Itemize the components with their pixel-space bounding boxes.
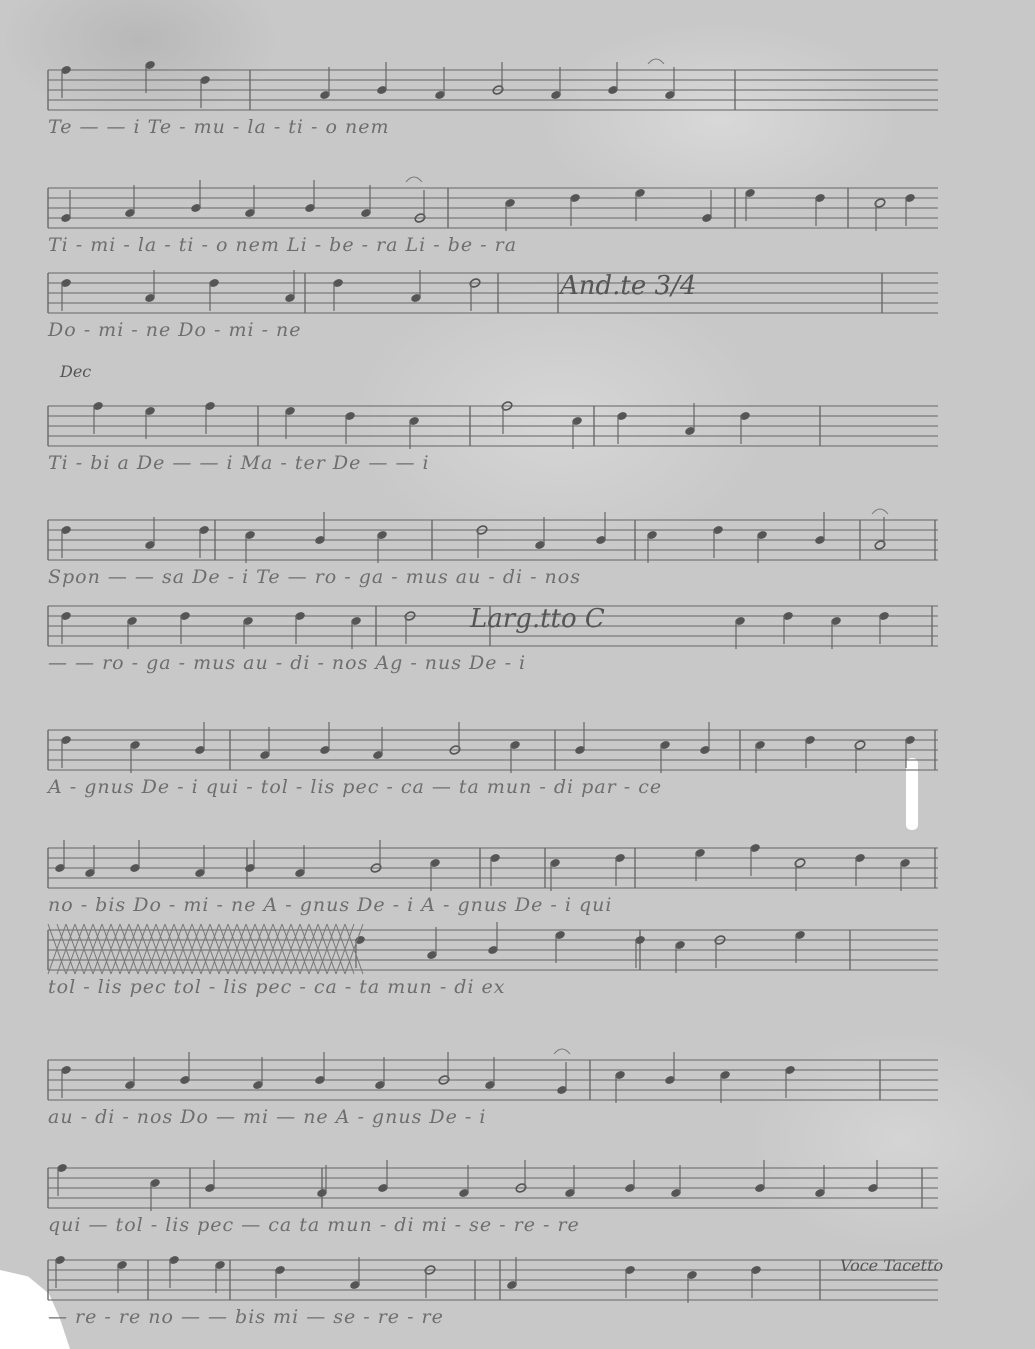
crossed-out-passage [93,924,111,974]
lyric-line: Ti - bi a De — — i Ma - ter De — — i [48,452,430,474]
lyric-line: Do - mi - ne Do - mi - ne [48,319,302,341]
tempo-marking: Voce Tacetto [840,1256,943,1275]
crossed-out-passage [57,924,75,974]
crossed-out-passage [183,924,201,974]
staff-system: A - gnus De - i qui - tol - lis pec - ca… [0,722,1035,802]
staff-system: Ti - mi - la - ti - o nem Li - be - ra L… [0,180,1035,260]
staff-system: Te — — i Te - mu - la - ti - o nem [0,62,1035,142]
fermata-icon [648,59,664,64]
crossed-out-passage [75,924,93,974]
staff [0,62,1035,122]
staff [0,398,1035,458]
crossed-out-passage [174,924,192,974]
crossed-out-passage [237,924,255,974]
crossed-out-passage [318,924,336,974]
fermata-icon [554,1049,570,1054]
lyric-line: qui — tol - lis pec — ca ta mun - di mi … [48,1214,580,1236]
manuscript-page: Te — — i Te - mu - la - ti - o nemTi - m… [0,0,1035,1349]
crossed-out-passage [255,924,273,974]
staff-system: Larg.tto C— — ro - ga - mus au - di - no… [0,598,1035,678]
lyric-line: Te — — i Te - mu - la - ti - o nem [48,116,389,138]
crossed-out-passage [282,924,300,974]
crossed-out-passage [147,924,165,974]
staff-system: Voce Tacetto— re - re no — — bis mi — se… [0,1252,1035,1332]
staff [0,180,1035,240]
staff-system: And.te 3/4Do - mi - ne Do - mi - ne [0,265,1035,345]
crossed-out-passage [246,924,264,974]
tempo-marking: Larg.tto C [470,604,605,634]
lyric-line: tol - lis pec tol - lis pec - ca - ta mu… [48,976,506,998]
crossed-out-passage [156,924,174,974]
crossed-out-passage [120,924,138,974]
fermata-icon [406,177,422,182]
crossed-out-passage [291,924,309,974]
crossed-out-passage [138,924,156,974]
staff-system: no - bis Do - mi - ne A - gnus De - i A … [0,840,1035,920]
crossed-out-passage [309,924,327,974]
crossed-out-passage [327,924,345,974]
crossed-out-passage [300,924,318,974]
crossed-out-passage [102,924,120,974]
crossed-out-passage [66,924,84,974]
crossed-out-passage [165,924,183,974]
staff [0,722,1035,782]
tempo-marking: And.te 3/4 [560,271,696,301]
crossed-out-passage [219,924,237,974]
staff-system: tol - lis pec tol - lis pec - ca - ta mu… [0,922,1035,1002]
crossed-out-passage [111,924,129,974]
lyric-line: Spon — — sa De - i Te — ro - ga - mus au… [48,566,581,588]
staff-system: au - di - nos Do — mi — ne A - gnus De -… [0,1052,1035,1132]
staff [0,265,1035,325]
lyric-line: A - gnus De - i qui - tol - lis pec - ca… [48,776,662,798]
staff-system: Spon — — sa De - i Te — ro - ga - mus au… [0,512,1035,592]
crossed-out-passage [336,924,354,974]
fermata-icon [872,509,888,514]
lyric-line: — re - re no — — bis mi — se - re - re [48,1306,444,1328]
crossed-out-passage [273,924,291,974]
crossed-out-passage [129,924,147,974]
staff-system: qui — tol - lis pec — ca ta mun - di mi … [0,1160,1035,1240]
crossed-out-passage [48,924,66,974]
crossed-out-passage [84,924,102,974]
staff [0,1052,1035,1112]
lyric-line: no - bis Do - mi - ne A - gnus De - i A … [48,894,612,916]
staff [0,922,1035,982]
crossed-out-passage [210,924,228,974]
lyric-line: au - di - nos Do — mi — ne A - gnus De -… [48,1106,486,1128]
lyric-line: Ti - mi - la - ti - o nem Li - be - ra L… [48,234,517,256]
lyric-line: — — ro - ga - mus au - di - nos Ag - nus… [48,652,526,674]
staff-system: DecTi - bi a De — — i Ma - ter De — — i [0,398,1035,478]
crossed-out-passage [201,924,219,974]
crossed-out-passage [345,924,363,974]
staff [0,1160,1035,1220]
tempo-marking: Dec [60,362,91,381]
crossed-out-passage [192,924,210,974]
staff [0,840,1035,900]
crossed-out-passage [264,924,282,974]
crossed-out-passage [228,924,246,974]
staff [0,512,1035,572]
